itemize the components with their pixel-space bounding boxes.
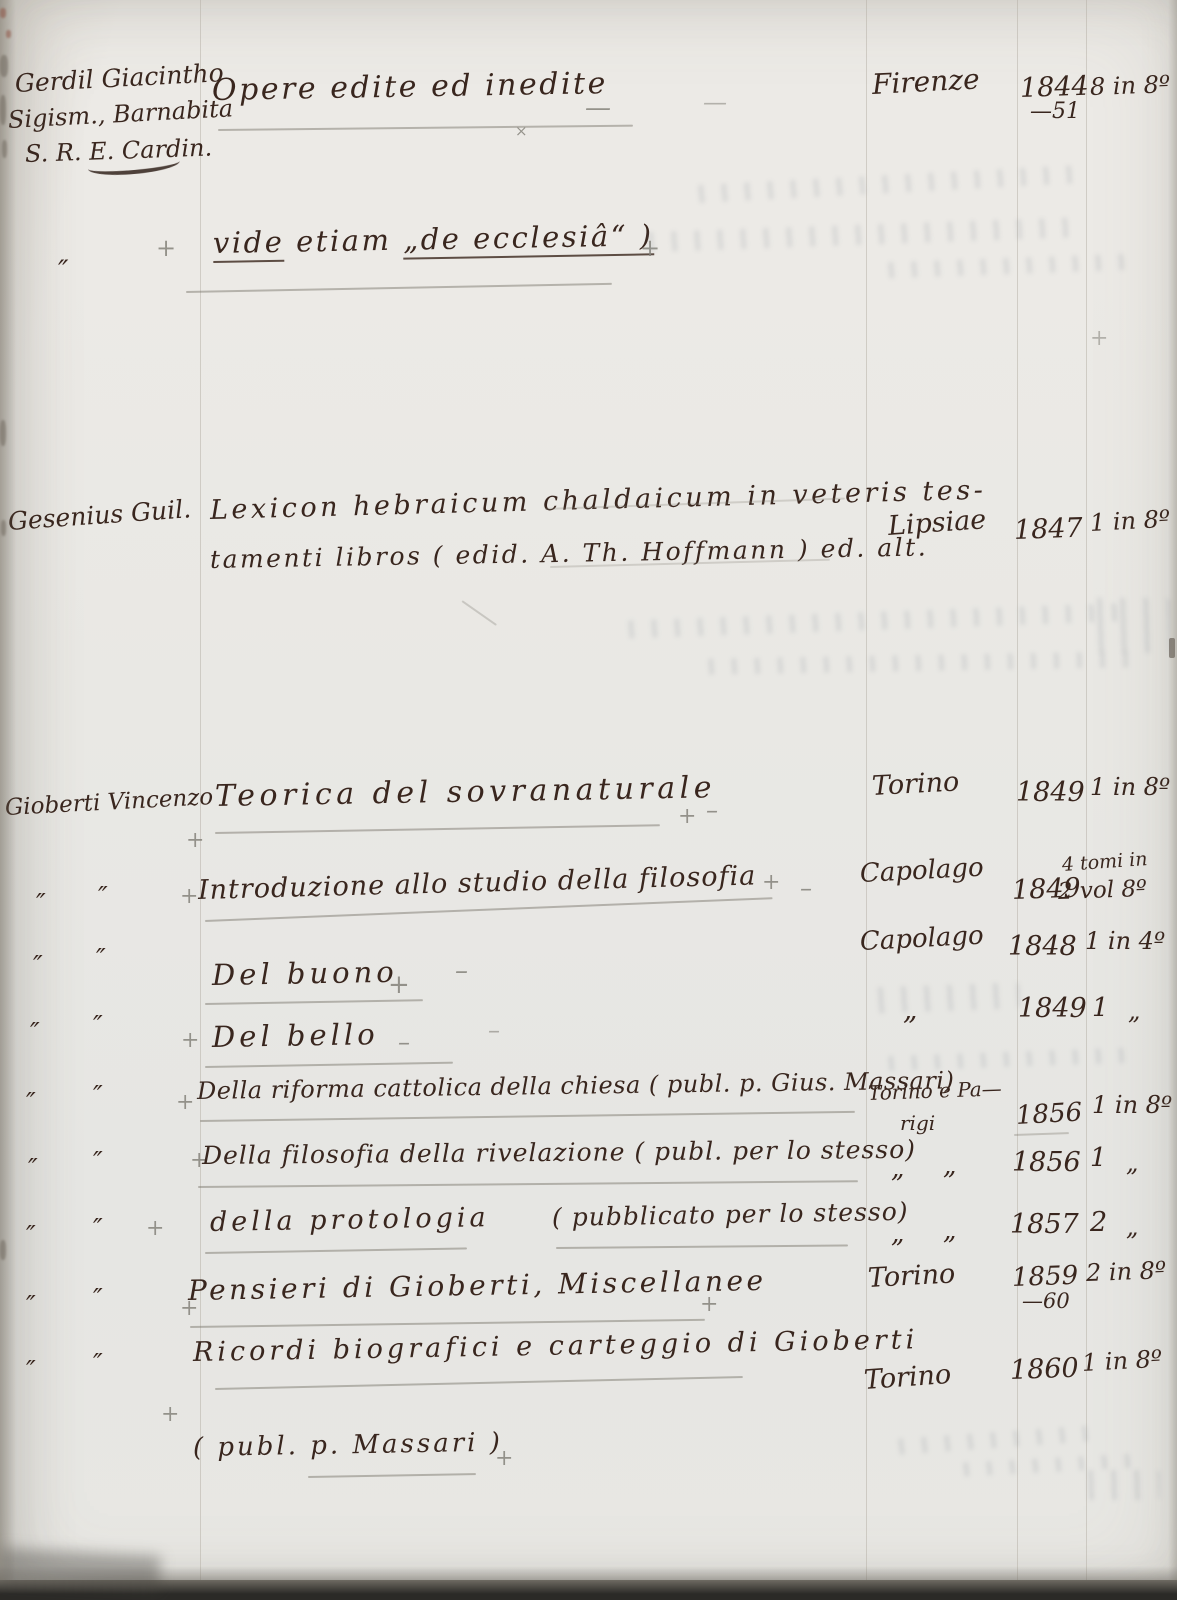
- pencil-plus-mark: +: [186, 830, 204, 852]
- format-ditto-mark: „: [1128, 998, 1140, 1024]
- publication-year: 1849: [1016, 778, 1085, 808]
- pencil-underline: [190, 1319, 705, 1328]
- format-note: 1 in 8º: [1090, 774, 1170, 800]
- publication-year: 1847: [1013, 514, 1083, 546]
- publication-year: 1856: [1012, 1148, 1081, 1178]
- bleed-through-smudge: [880, 1048, 1130, 1072]
- book-title: Lexicon hebraicum chaldaicum in veteris …: [210, 476, 987, 526]
- pencil-plus-mark: +: [161, 1404, 179, 1426]
- book-title-parenthetical: ( pubblicato per lo stesso): [552, 1198, 909, 1232]
- book-title: Del bello: [212, 1019, 379, 1054]
- book-title-line2: ( publ. p. Massari ): [193, 1429, 503, 1463]
- pencil-plus-mark: +: [762, 872, 780, 894]
- author-ditto-mark: ″: [26, 1292, 36, 1321]
- pencil-underline: [186, 283, 612, 293]
- format-note: 1: [1090, 1144, 1107, 1173]
- place-ditto-mark: „: [891, 1220, 904, 1249]
- book-title: Del buono: [212, 957, 398, 992]
- pencil-plus-mark: +: [678, 806, 696, 828]
- edge-speck: [0, 95, 6, 125]
- pencil-underline: [200, 1111, 855, 1122]
- book-title: Della riforma cattolica della chiesa ( p…: [197, 1067, 955, 1104]
- format-note-line2: 2 vol 8º: [1058, 877, 1148, 905]
- format-note: 1 in 8º: [1092, 1092, 1172, 1118]
- bleed-through-smudge: [640, 218, 1070, 253]
- place-of-publication: Torino: [871, 767, 960, 801]
- bleed-through-smudge: [690, 165, 1090, 204]
- author-ditto-mark: ″: [58, 256, 68, 287]
- bleed-through-smudge: [700, 651, 1140, 675]
- book-title: Introduzione allo studio della filosofia: [198, 861, 757, 905]
- pencil-dash-mark: –: [398, 1030, 410, 1054]
- bleed-through-smudge: [620, 603, 1120, 638]
- place-of-publication: Capolago: [859, 922, 984, 957]
- place-of-publication: Firenze: [871, 64, 980, 100]
- pencil-plus-mark: +: [156, 236, 176, 260]
- place-ditto-mark: „: [943, 1152, 956, 1181]
- pencil-underline: [215, 1376, 743, 1390]
- bleed-through-smudge: [1090, 598, 1170, 653]
- pencil-dash-mark: –: [706, 798, 718, 822]
- author-ditto-mark: ″: [93, 1012, 103, 1041]
- author-ditto-mark: ″: [33, 952, 43, 981]
- author-ditto-mark: ″: [36, 890, 46, 919]
- author-ditto-mark: ″: [98, 883, 108, 912]
- pencil-underline: [218, 125, 633, 131]
- pencil-dash-mark: –: [800, 876, 812, 900]
- author-name: Gerdil Giacintho: [14, 59, 224, 97]
- edge-speck: [1, 520, 6, 536]
- page-right-edge: [1168, 0, 1177, 1600]
- place-of-publication-line2: rigi: [900, 1112, 935, 1134]
- author-ditto-mark: ″: [93, 1215, 103, 1244]
- pencil-plus-mark: +: [388, 972, 410, 998]
- edge-speck: [0, 420, 6, 446]
- publication-year: 1857: [1010, 1210, 1079, 1240]
- pencil-plus-mark: +: [180, 886, 198, 908]
- format-note: 2: [1090, 1208, 1107, 1238]
- pencil-dash-mark: —: [703, 90, 727, 114]
- format-ditto-mark: „: [1126, 1150, 1138, 1176]
- pencil-dash-mark: —: [585, 95, 611, 121]
- edge-speck: [2, 140, 7, 158]
- bleed-through-smudge: [880, 253, 1140, 278]
- place-of-publication: Capolago: [859, 854, 984, 889]
- format-note: 1 in 8º: [1089, 506, 1170, 537]
- book-title: Della filosofia della rivelazione ( publ…: [202, 1136, 916, 1170]
- note-word-etiam: etiam: [284, 223, 403, 259]
- author-ditto-mark: ″: [93, 1148, 103, 1177]
- pencil-underline: [205, 1062, 453, 1068]
- book-title: Teorica del sovranaturale: [215, 771, 717, 813]
- publication-year: 1848: [1008, 932, 1077, 962]
- format-note: 1 in 4º: [1085, 928, 1165, 954]
- pencil-underline: [308, 1473, 476, 1478]
- cross-reference-note: vide etiam „de ecclesiâ“ ): [213, 220, 654, 260]
- bleed-through-smudge: [1080, 1470, 1160, 1500]
- pencil-dash-mark: –: [488, 1018, 500, 1042]
- pencil-plus-mark: +: [181, 1030, 199, 1052]
- edge-speck: [0, 8, 6, 18]
- publication-year: 1859: [1012, 1262, 1079, 1293]
- book-title: della protologia: [210, 1203, 490, 1238]
- pencil-dash-mark: –: [455, 958, 468, 984]
- author-ditto-mark: ″: [93, 1285, 103, 1314]
- place-ditto-mark: „: [943, 1217, 956, 1246]
- author-ditto-mark: ″: [26, 1089, 36, 1118]
- format-note: 1 in 8º: [1081, 1346, 1162, 1377]
- pencil-underline: [205, 1247, 467, 1254]
- pencil-underline: [1014, 1132, 1069, 1136]
- author-ditto-mark: ″: [93, 1350, 103, 1379]
- place-of-publication: Torino: [867, 1259, 956, 1293]
- format-note: 8 in 8º: [1090, 71, 1171, 100]
- manuscript-catalog-page: Gerdil Giacintho Sigism., Barnabita S. R…: [0, 0, 1177, 1600]
- book-title: Ricordi biografici e carteggio di Giober…: [193, 1325, 919, 1367]
- author-name: Gioberti Vincenzo: [4, 785, 214, 821]
- author-ditto-mark: ″: [28, 1155, 38, 1184]
- pencil-plus-mark: +: [1090, 328, 1108, 350]
- pencil-underline: [198, 1180, 858, 1188]
- place-of-publication: Torino: [863, 1360, 952, 1396]
- note-quoted-title: „de ecclesiâ“ ): [403, 218, 654, 259]
- pencil-plus-mark: +: [146, 1218, 164, 1240]
- edge-speck: [6, 30, 11, 38]
- bleed-through-smudge: [870, 982, 1021, 1013]
- bleed-through-smudge: [890, 1425, 1101, 1456]
- pencil-underline: [205, 999, 423, 1005]
- format-note: 2 in 8º: [1086, 1257, 1167, 1286]
- format-note: 4 tomi in: [1061, 849, 1148, 876]
- place-ditto-mark: „: [891, 1155, 904, 1184]
- author-ditto-mark: ″: [30, 1019, 40, 1048]
- author-ditto-mark: ″: [26, 1222, 36, 1251]
- note-word-vide: vide: [213, 225, 285, 263]
- pencil-underline: [556, 1244, 848, 1249]
- page-left-edge: [0, 0, 16, 1600]
- author-ditto-mark: ″: [96, 945, 106, 974]
- pencil-underline: [215, 824, 660, 834]
- book-title: Opere edite ed inedite: [212, 67, 608, 107]
- edge-speck: [0, 55, 8, 77]
- format-ditto-mark: „: [1126, 1214, 1138, 1240]
- pencil-plus-mark: +: [495, 1448, 513, 1470]
- author-ditto-mark: ″: [26, 1357, 36, 1386]
- publication-year-continued: —60: [1022, 1290, 1070, 1313]
- format-note: 1: [1092, 994, 1109, 1023]
- pencil-plus-mark: +: [176, 1092, 194, 1114]
- publication-year: 1856: [1015, 1099, 1083, 1131]
- page-bottom-edge: [0, 1580, 1177, 1600]
- book-title: Pensieri di Gioberti, Miscellanee: [188, 1266, 767, 1307]
- edge-speck: [0, 1240, 6, 1260]
- publication-year: 1860: [1009, 1354, 1079, 1386]
- publication-year: 1849: [1018, 994, 1087, 1024]
- author-ditto-mark: ″: [93, 1082, 103, 1111]
- place-of-publication: Torino e Pa—: [868, 1077, 1002, 1104]
- publication-year-continued: —51: [1030, 100, 1080, 124]
- pencil-plus-mark: +: [700, 1294, 718, 1316]
- pencil-tick: [461, 600, 497, 626]
- place-of-publication: Lipsiae: [887, 505, 987, 541]
- author-name: Gesenius Guil.: [7, 495, 192, 535]
